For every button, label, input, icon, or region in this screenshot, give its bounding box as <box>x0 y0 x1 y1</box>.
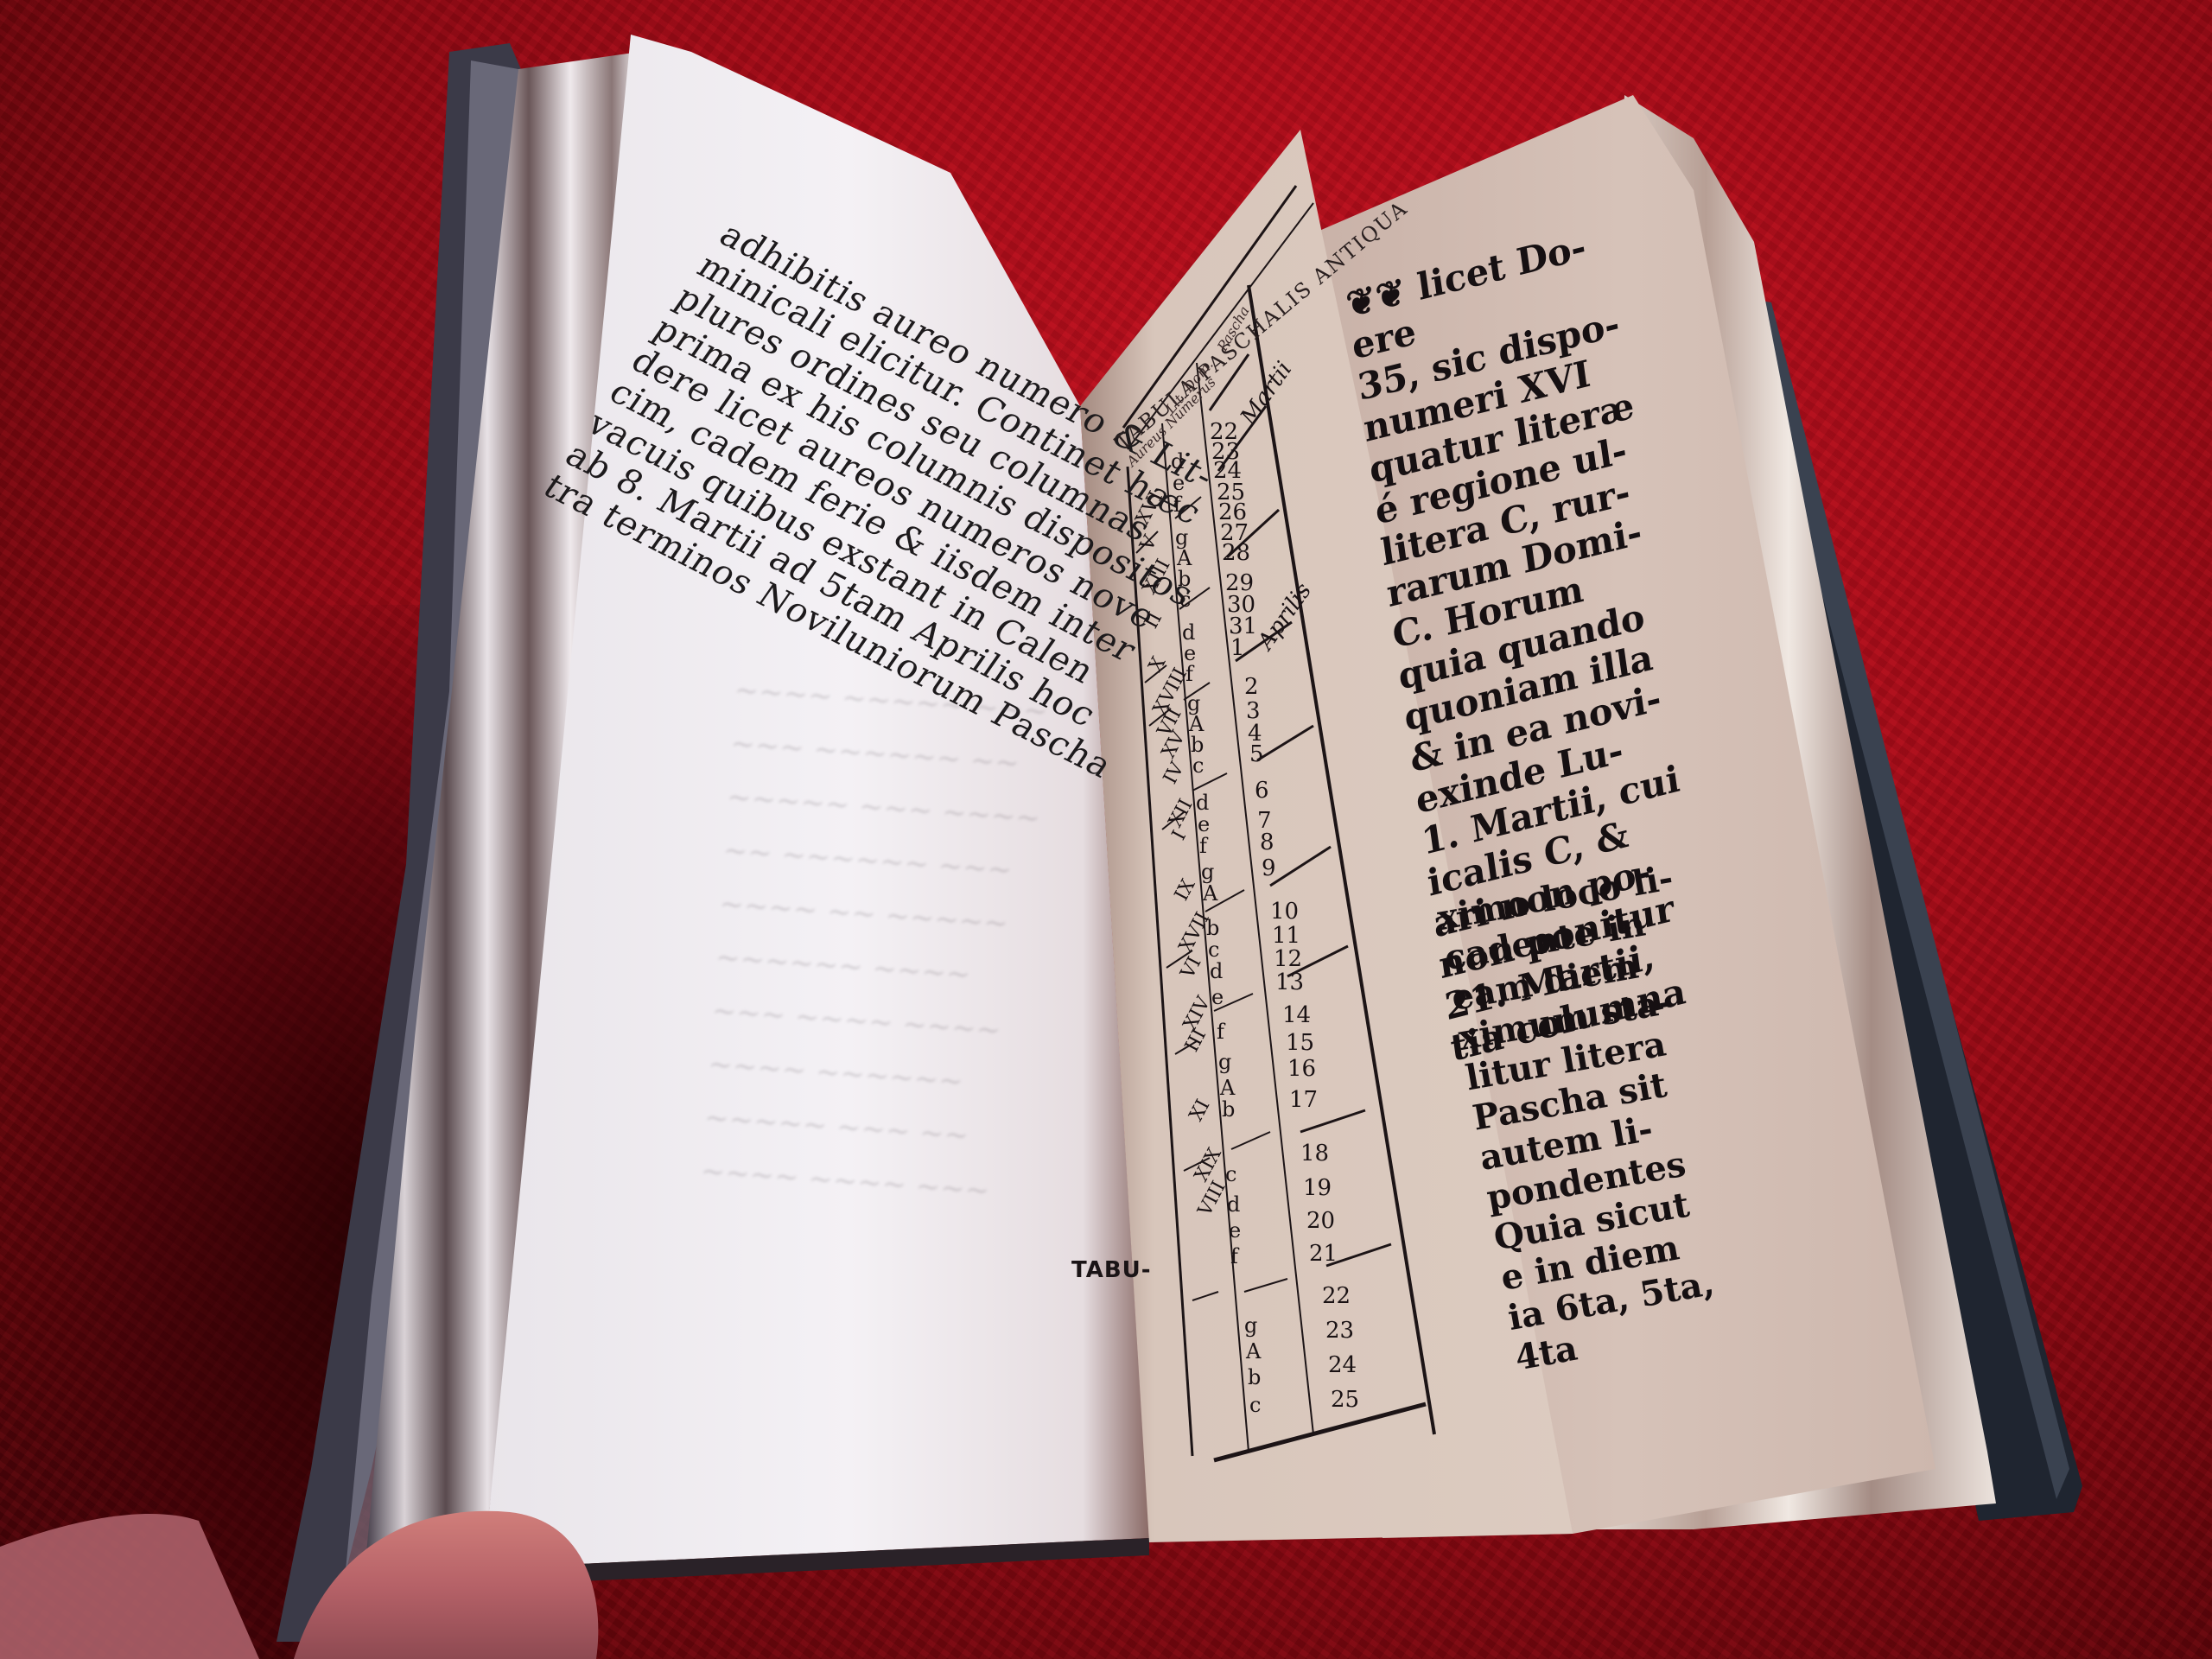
dominical-letter: e <box>1229 1218 1241 1243</box>
pascha-day: 9 <box>1262 855 1276 881</box>
bleed-through-text: ~~~~ ~~~~~ ~~~~~~ ~~~~~~ ~~~~~~~ ~~~ ~~~… <box>699 664 1064 1221</box>
dominical-letter: f <box>1173 493 1181 517</box>
catchword: TABU- <box>1071 1257 1152 1283</box>
dominical-letter: f <box>1185 662 1193 686</box>
dominical-letter: d <box>1196 791 1209 815</box>
dominical-letter: c <box>1249 1393 1261 1417</box>
dominical-letter: b <box>1206 916 1219 940</box>
dominical-letter: d <box>1171 449 1184 474</box>
pascha-day: 6 <box>1255 778 1269 804</box>
pascha-day: 17 <box>1289 1087 1318 1113</box>
dominical-letter: e <box>1198 812 1210 836</box>
pascha-day: 25 <box>1331 1387 1359 1413</box>
dominical-letter: e <box>1211 985 1224 1009</box>
pascha-day: 12 <box>1274 946 1302 972</box>
dominical-letter: g <box>1218 1050 1231 1074</box>
dominical-letter: d <box>1227 1192 1240 1217</box>
pascha-day: 18 <box>1300 1141 1329 1166</box>
dominical-letter: f <box>1217 1020 1224 1044</box>
dominical-letter: A <box>1203 881 1217 906</box>
pascha-day: 21 <box>1309 1241 1338 1267</box>
dominical-letter: c <box>1179 588 1191 612</box>
dominical-letter: b <box>1248 1365 1261 1389</box>
pascha-day: 22 <box>1322 1283 1351 1309</box>
pascha-day: 15 <box>1286 1030 1314 1056</box>
dominical-letter: f <box>1230 1244 1238 1268</box>
dominical-letter: f <box>1199 834 1207 858</box>
dominical-letter: g <box>1244 1313 1257 1338</box>
dominical-letter: b <box>1222 1097 1235 1122</box>
pascha-day: 2 <box>1244 674 1259 700</box>
dominical-letter: d <box>1210 959 1223 983</box>
book-shapes <box>0 0 2212 1659</box>
pascha-day: 24 <box>1328 1352 1357 1378</box>
dominical-letter: c <box>1225 1162 1236 1186</box>
pascha-day: 23 <box>1325 1318 1354 1344</box>
pascha-day: 28 <box>1222 540 1250 566</box>
dominical-letter: c <box>1192 753 1204 778</box>
pascha-day: 5 <box>1249 741 1264 767</box>
pascha-day: 1 <box>1230 635 1245 661</box>
pascha-day: 8 <box>1260 829 1274 855</box>
pascha-day: 11 <box>1272 923 1300 949</box>
pascha-day: 20 <box>1306 1208 1335 1234</box>
pascha-day: 19 <box>1303 1175 1332 1201</box>
dominical-letter: A <box>1246 1339 1261 1363</box>
dominical-letter: e <box>1173 471 1185 495</box>
pascha-day: 13 <box>1275 969 1304 995</box>
pascha-day: 10 <box>1270 899 1299 925</box>
pascha-day: 16 <box>1287 1056 1316 1082</box>
dominical-letter: A <box>1220 1076 1235 1100</box>
pascha-day: 14 <box>1282 1002 1311 1028</box>
dominical-letter: g <box>1201 860 1214 884</box>
dominical-letter: c <box>1208 938 1219 962</box>
